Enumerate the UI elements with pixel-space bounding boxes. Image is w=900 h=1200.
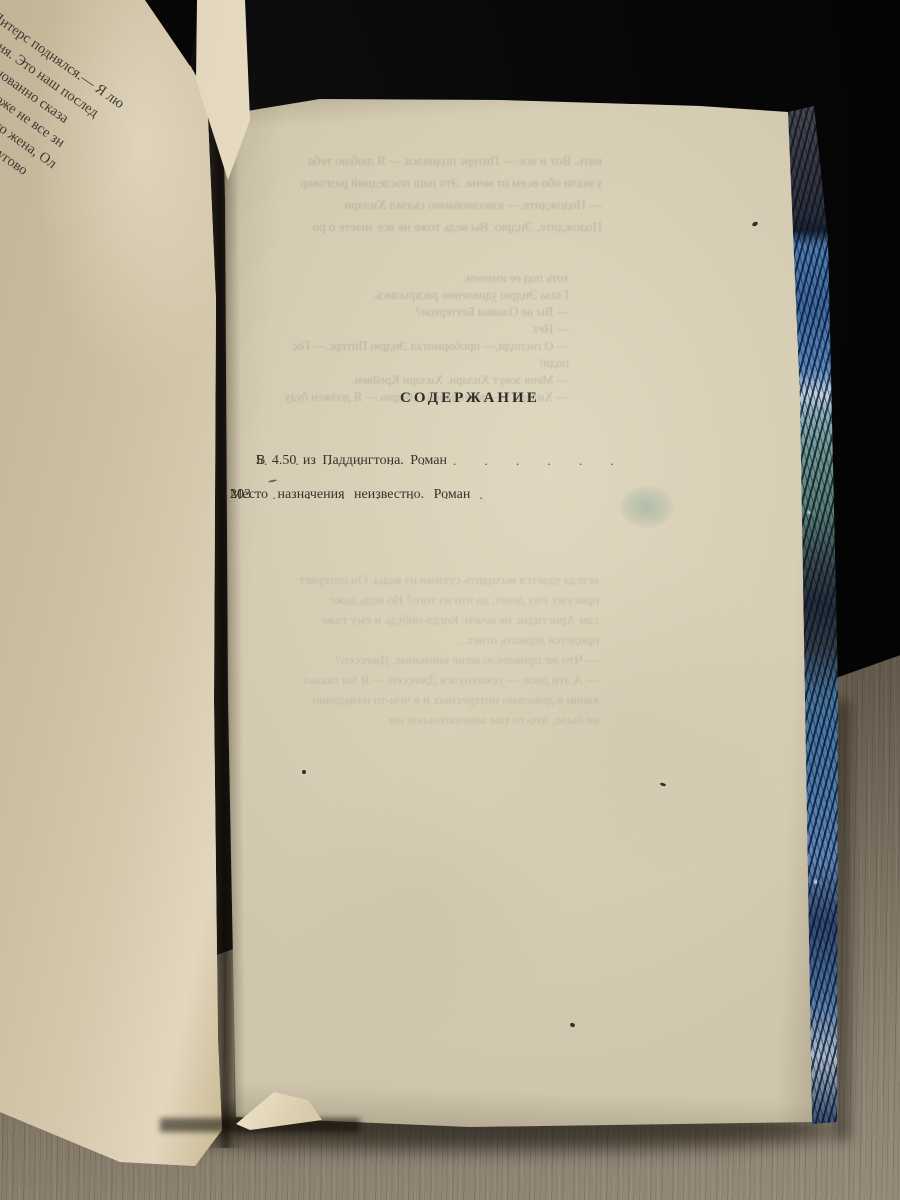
stain-mark: [620, 486, 674, 528]
show-through-line: вании в довольно интересных и в чем-то н…: [245, 690, 599, 710]
show-through-line: — А эти двое,— усмехнулся Джессеп.— Я бы…: [245, 670, 599, 690]
toc-leader-dots: . . . . . . . . . . . .: [264, 453, 625, 469]
show-through-text: хоть под ее именем.Глаза Эндрю удивленно…: [333, 270, 569, 406]
show-through-line: — Вы не Оливия Беттертон?: [333, 304, 569, 321]
show-through-line: — Нет.: [333, 321, 569, 338]
show-through-line: поди!: [333, 355, 569, 372]
ink-speck: [660, 782, 667, 787]
contents-heading: СОДЕРЖАНИЕ: [400, 390, 540, 407]
contents-page: нять. Вот и все.— Питерс поднялся.— Я лю…: [222, 94, 814, 1134]
show-through-line: придется держать ответ...: [245, 630, 599, 650]
toc-leader-dots: . . . . . . . .: [238, 487, 494, 503]
show-through-line: хоть под ее именем.: [333, 270, 569, 287]
show-through-line: узнали обо всем от меня. Это наш последн…: [250, 172, 602, 194]
ink-speck: [268, 479, 277, 483]
show-through-line: Глаза Эндрю удивленно раскрылись.: [333, 287, 569, 304]
show-through-line: присужу ему денег, да что из того? Но ве…: [245, 590, 599, 610]
show-through-line: — Меня зовут Хилари. Хилари Крейвен.: [333, 372, 569, 389]
show-through-line: Подождите, Эндрю. Вы ведь тоже не все зн…: [250, 216, 602, 238]
toc-page-number: 5: [256, 453, 263, 469]
show-through-line: всегда удается выходить сухими из воды. …: [245, 570, 599, 590]
ink-speck: [751, 221, 758, 227]
show-through-text: нять. Вот и все.— Питерс поднялся.— Я лю…: [250, 150, 602, 238]
show-through-line: сам Аристидис не вечен. Когда-нибудь и е…: [245, 610, 599, 630]
show-through-line: — О господи,— пробормотал Эндрю Питерс.—…: [333, 338, 569, 355]
show-through-line: не было, что-то там замечательное им: [245, 710, 599, 730]
ink-speck: [569, 1022, 575, 1028]
show-through-text: всегда удается выходить сухими из воды. …: [245, 570, 599, 730]
show-through-line: — Подождите,— взволнованно сказал Хилари: [250, 194, 602, 216]
show-through-line: — Что же привлекло ваше внимание, Джессе…: [245, 650, 599, 670]
ink-speck: [302, 770, 306, 774]
show-through-line: нять. Вот и все.— Питерс поднялся.— Я лю…: [250, 150, 602, 172]
book-photo-scene: нять. Вот и все.— Питерс поднялся.— Я лю…: [0, 0, 900, 1200]
